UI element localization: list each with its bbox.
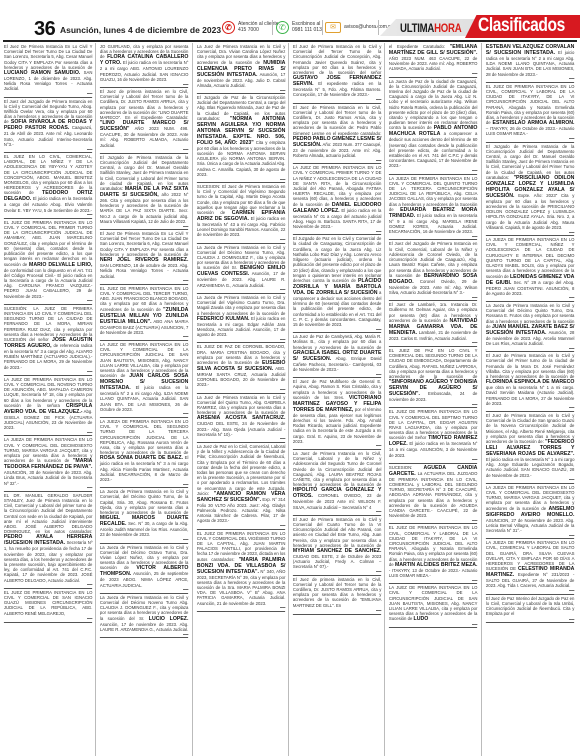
legal-notice: LA JUEZ DE PRIMERA INSTANCIA EN LO CIVIL… — [100, 341, 189, 418]
legal-notice: EL DR. MANUEL GERALDO SAFLDER STANLEY, J… — [4, 492, 93, 589]
page-number: 36 — [34, 18, 55, 41]
notice-text: por el término de sesenta días, para eje… — [293, 407, 382, 444]
legal-notice: La Jueza de Paz de la ciudad de Caaguazú… — [389, 78, 478, 175]
notice-text: el Expediente Caratulado: — [389, 44, 445, 49]
legal-notice: El Juez de Primera Instancia en lo Civil… — [486, 412, 575, 484]
legal-notice: El Juez de Paz Multifuero de General E. … — [293, 378, 382, 450]
contact-email-value: avisos@uhora.com.py — [344, 24, 394, 30]
notice-code: ▬▬ — [4, 92, 93, 95]
notice-code: ▬▬ — [486, 77, 575, 80]
notice-code: ▬▬ — [389, 169, 478, 172]
notice-code: ▬▬ — [486, 534, 575, 537]
notice-code: ▬▬ — [293, 373, 382, 376]
legal-notice: LA JUEZA DE PRIMERA INSTANCIA EN LO CIVI… — [486, 236, 575, 302]
notice-code: ▬▬ — [293, 609, 382, 612]
notice-code: ▬▬ — [197, 437, 286, 440]
legal-notice: El Juzgado de Paz de la Circunscripción … — [197, 94, 286, 183]
notice-text: EL JUEZ DE PRIMERA INSTANCIA EN LO CIVIL… — [389, 525, 478, 566]
notice-text: El juicio radica en la secretaría N° 1 a… — [486, 457, 575, 478]
legal-notice: LA JUEZA DE PRIMERA INSTANCIA EN LO CIVI… — [4, 436, 93, 491]
notice-code: ▬▬ — [389, 458, 478, 461]
notice-code: ▬▬ — [389, 579, 478, 582]
legal-notice: La Jueza de Primera Instancia en lo Civi… — [100, 594, 189, 638]
notice-code: ▬▬ — [4, 431, 93, 434]
notice-code: ▬▬ — [486, 347, 575, 350]
legal-notice: El Juez de Primera Instancia en lo Civil… — [486, 352, 575, 412]
notice-text: La ACTUARIA DEL JUZGADO DE PRIMERA INSTA… — [389, 471, 478, 518]
notice-code: ▬▬ — [4, 213, 93, 216]
classifieds-column: el Expediente Caratulado: "EMILIANA MART… — [388, 43, 481, 756]
legal-notice: El Juzgado de Primera Instancia de la Ci… — [486, 143, 575, 236]
section-title: Clasificados — [478, 15, 565, 37]
brand-hora: HORA — [434, 21, 461, 35]
legal-notice: EL JUEZ DE PRIMERA INSTANCIA EN LO CIVIL… — [4, 589, 93, 623]
legal-notice: LA JUEZA DE PRIMERA INSTANCIA EN LO CIVI… — [486, 539, 575, 594]
legal-notice: El Juzgado de Primera Instancia de la Ci… — [100, 154, 189, 230]
classifieds-columns: El Juez De Primera Instancia En Lo Civil… — [3, 43, 577, 756]
notice-text: El Juez de Primera Instancia en lo Civil… — [293, 105, 382, 136]
notice-code: ▬▬ — [486, 406, 575, 409]
email-icon: ✉ — [325, 22, 341, 33]
legal-notice: LA JUEZ DE PRIMERA INSTANCIA EN LO CIVIL… — [389, 584, 478, 628]
legal-notice: El Juez de Primera Instancia en lo Civil… — [293, 516, 382, 576]
contact-whatsapp-value: 0981 111 013 — [292, 27, 322, 33]
legal-notice: LA JUEZA DE PRIMERA INSTANCIA EN LO CIVI… — [389, 175, 478, 241]
notice-code: ▬▬ — [4, 617, 93, 620]
notice-text: La Juez de Paz de Cambyretá, Abg. María … — [293, 334, 382, 349]
legal-notice: EL JUEZ EN LO CIVIL, COMERCIAL, LABORAL,… — [4, 153, 93, 219]
notice-code: ▬▬ — [486, 589, 575, 592]
legal-notice: El Juez de Primera Instancia en lo Civil… — [293, 43, 382, 104]
classifieds-column: ESTEBAN VELAZQUEZ CORVALAN S/ SUCESION I… — [485, 43, 577, 756]
whatsapp-icon: ✆ — [276, 21, 289, 34]
notice-code: ▬▬ — [197, 238, 286, 241]
notice-text: El Juez de Primera Instancia en lo Civil… — [486, 353, 575, 379]
notice-code: ▬▬ — [197, 178, 286, 181]
notice-text: – ITAKYRY, 26 de Octubre de 2023.- Actua… — [486, 126, 575, 136]
notice-text: La Juez de Paz en lo Civil, Comercial, L… — [197, 444, 286, 496]
notice-code: ▬▬ — [100, 633, 189, 636]
notice-code: ▬▬ — [293, 570, 382, 573]
notice-code: ▬▬ — [100, 225, 189, 228]
notice-code: ▬▬ — [4, 486, 93, 489]
notice-code: ▬▬ — [293, 444, 382, 447]
notice-text: Cita y emplaza por 60 días a los hereder… — [197, 140, 286, 177]
notice-code: ▬▬ — [293, 159, 382, 162]
notice-text: LA JUEZA DE PRIMERA INSTANCIA EN LO CIVI… — [100, 419, 189, 455]
notice-code: ▬▬ — [4, 299, 93, 302]
legal-notice: El Juez del Juzgado de Primera Instancia… — [389, 240, 478, 301]
notice-code: ▬▬ — [197, 524, 286, 527]
legal-notice: LA JUEZA DE PRIMERA INSTANCIA EN LO CIVI… — [100, 418, 189, 488]
notice-code: ▬▬ — [100, 279, 189, 282]
legal-notice: EL JUEZ DE PRIMERA INSTANCIA EN LO CIVIL… — [4, 219, 93, 305]
notice-text: La Jueza de Primera Instancia en lo Civi… — [197, 295, 286, 316]
legal-notice: El Juez de Paz Interino del Juzgado de P… — [486, 595, 575, 624]
notice-code: ▬▬ — [486, 231, 575, 234]
classifieds-column: La Juez de Primera Instancia en lo Civil… — [196, 43, 289, 756]
legal-notice: La Juez de Paz en lo Civil, Comercial, L… — [197, 443, 286, 530]
notice-text: - ITAKYRY, 13 de Octubre de 2023.- Actua… — [389, 568, 478, 578]
notice-text: SAN LORENZO, 18 de octubre de 2023. Abg.… — [100, 263, 189, 278]
notice-text: La Jueza de Paz de la ciudad de Caaguazú… — [389, 79, 478, 131]
notice-text: ASUNCIÓN, 30 de Noviembre de 2023. Abg. … — [4, 470, 93, 485]
notice-code: ▬▬ — [100, 588, 189, 591]
notice-text: N° 340, AÑO 2023, SECRETARÍA N° 39, cita… — [197, 569, 286, 606]
legal-notice: El Juzgado de Paz en lo Civil y Comercia… — [293, 235, 382, 333]
legal-notice: EL JUEZ DE PRIMERA INSTANCIA EN LO CIVIL… — [100, 285, 189, 341]
notice-code: ▬▬ — [197, 338, 286, 341]
legal-notice: La Juez de Primera Instancia en lo Civil… — [293, 450, 382, 516]
legal-notice: La Jueza de Primera Instancia en lo Civi… — [100, 488, 189, 543]
legal-notice: La Juez de Primera Instancia en lo Civil… — [197, 43, 286, 94]
notice-code: ▬▬ — [4, 370, 93, 373]
notice-code: ▬▬ — [197, 606, 286, 609]
legal-notice: LA JUEZ DE PRIMERA INSTANCIA EN LO CIVIL… — [4, 376, 93, 437]
notice-code: ▬▬ — [389, 403, 478, 406]
notice-code: ▬▬ — [197, 288, 286, 291]
legal-notice: LA JUEZA DE PRIMERA INSTANCIA EN LO CIVI… — [486, 484, 575, 539]
legal-notice: EL JUEZ DE PRIMERA INSTANCIA EN LO CIVIL… — [197, 530, 286, 612]
header-divider — [272, 20, 273, 35]
notice-text: Secretaría Nº 1, ha resuelto por provide… — [4, 540, 93, 582]
contact-whatsapp[interactable]: ✆ Escribinos al0981 111 013 — [276, 17, 322, 37]
notice-code: ▬▬ — [389, 519, 478, 522]
notice-code: ▬▬ — [100, 83, 189, 86]
notice-text: que obra en la secretaría N° 1 a mi carg… — [486, 385, 575, 406]
notice-text: LA JUEZA DE PRIMERA INSTANCIA EN LO CIVI… — [486, 237, 575, 278]
notice-code: ▬▬ — [389, 341, 478, 344]
legal-notice: EL JUEZ DE PAZ EN LO CIVIL Y COMERCIAL D… — [389, 347, 478, 408]
legal-notice: El Juez De Primera Instancia En Lo Civil… — [4, 43, 93, 98]
notice-text: EL JUEZ DE PRIMERA INSTANCIA EN LO CIVIL… — [486, 84, 575, 125]
notice-text: El Juez De Primera Instancia En Lo Civil… — [4, 44, 93, 70]
notice-text: a comparecer a deducir sus acciones dent… — [389, 131, 478, 168]
legal-notice: El Juez del Juzgado de Primera Instancia… — [4, 98, 93, 153]
notice-code: ▬▬ — [4, 583, 93, 586]
classifieds-column: JO GUIRLAND, cita y emplaza por sesenta … — [99, 43, 192, 756]
page-date: Asunción, lunes 4 de diciembre de 2023 — [60, 25, 221, 35]
notice-code: ▬▬ — [100, 538, 189, 541]
notice-text: La Juez de Primera Instancia en lo Civil… — [293, 451, 382, 487]
legal-notice: La Jueza de Primera Instancia en lo Civi… — [197, 294, 286, 343]
notice-code: ▬▬ — [389, 296, 478, 299]
legal-notice: El Juez De Primera Instancia En Lo Civil… — [100, 230, 189, 285]
legal-notice: EL JUEZ DE PRIMERA INSTANCIA EN LO CIVIL… — [389, 524, 478, 584]
notice-text: Expte. Año: 2023" Cita y emplaza por 60 … — [486, 193, 575, 230]
notice-code: ▬▬ — [293, 98, 382, 101]
legal-notice: La Juez de Primera Instancia en lo Civil… — [197, 394, 286, 443]
notice-text: El Juez de Primera Instancia en lo Civil… — [293, 517, 382, 548]
notice-text: EL JUEZ DE PRIMERA INSTANCIA EN LO CIVIL… — [4, 590, 93, 616]
legal-notice: el Expediente Caratulado: "EMILIANA MART… — [389, 43, 478, 78]
notice-code: ▬▬ — [486, 296, 575, 299]
brand-ultima: ULTIMA — [400, 21, 434, 35]
notice-code: ▬▬ — [100, 335, 189, 338]
legal-notice: El Juez de primera instancia en lo Civil… — [293, 576, 382, 615]
legal-notice: La Jueza de Primera Instancia en lo Civi… — [486, 302, 575, 352]
legal-notice: La Jueza de Primera Instancia en lo Civi… — [100, 544, 189, 594]
notice-text: El Juez De Primera Instancia En Lo Civil… — [100, 231, 189, 257]
notice-text: AÑO 2023 NUM. 463 CAACUPE, 22 de Noviemb… — [389, 56, 478, 71]
notice-text: de conformidad con lo dispuesto en el Ar… — [4, 268, 93, 299]
legal-notice: LA JUEZ DE PRIMERA INSTANCIA EN LO CIVIL… — [293, 164, 382, 235]
contact-phone-value: 415 7000 — [238, 27, 259, 33]
notice-text: La Juez de Primera Instancia en lo Civil… — [197, 395, 286, 416]
legal-notice: La Juez de Paz de Cambyretá, Abg. María … — [293, 333, 382, 378]
notice-code: ▬▬ — [197, 89, 286, 92]
notice-text: El Juzgado de Paz en lo Civil y Comercia… — [293, 236, 382, 283]
notice-code: ▬▬ — [100, 148, 189, 151]
notice-text: Asunción, 17 de noviembre de 2023. Abg. … — [100, 622, 189, 632]
notice-code: ▬▬ — [486, 618, 575, 621]
notice-text: EL JUEZ EN LO CIVIL, COMERCIAL, LABORAL,… — [4, 154, 93, 195]
legal-notice: La Jueza de Primera Instancia en lo Civi… — [197, 244, 286, 294]
notice-text: EL DR. MANUEL GERALDO SAFLDER STANLEY, J… — [4, 493, 93, 534]
notice-code: ▬▬ — [293, 230, 382, 233]
notice-text: El Juez de Primera Instancia en lo Civil… — [293, 44, 382, 75]
classifieds-column: El Juez De Primera Instancia En Lo Civil… — [3, 43, 96, 756]
notice-text: a comparecer a deducir sus acciones dent… — [293, 290, 382, 327]
notice-code: ▬▬ — [486, 478, 575, 481]
notice-text: El Juez de primera instancia en lo Civil… — [100, 89, 189, 120]
notice-text: LA JUEZ DE PRIMERA INSTANCIA EN LO CIVIL… — [293, 165, 382, 206]
legal-notice: El Juez de Lambaré, 1ra. Instancia Dr. G… — [389, 301, 478, 347]
notice-deceased-name: LUDO — [414, 616, 429, 622]
notice-code: ▬▬ — [293, 328, 382, 331]
header-rule — [3, 40, 577, 42]
phone-icon: ✆ — [222, 21, 235, 34]
legal-notice: ESTEBAN VELAZQUEZ CORVALAN S/ SUCESION I… — [486, 43, 575, 83]
notice-code: ▬▬ — [197, 388, 286, 391]
notice-text: El Juez de primera instancia en lo Civil… — [293, 577, 382, 608]
legal-notice: JO GUIRLAND, cita y emplaza por sesenta … — [100, 43, 189, 88]
legal-notice: EL JUEZ DE PRIMERA INSTANCIA EN LO CIVIL… — [486, 83, 575, 143]
notice-text: CIUDAD DEL ESTE, 24 de Noviembre de 2023… — [197, 421, 286, 436]
notice-code: ▬▬ — [100, 483, 189, 486]
legal-notice: EL JUEZ DE PAZ DE CORONEL BOGADO, DRA. M… — [197, 343, 286, 393]
legal-notice: EL JUEZ DE PRIMERA INSTANCIA EN LO CIVIL… — [389, 408, 478, 463]
notice-text: El Juez de Paz Interino del Juzgado de P… — [486, 596, 575, 617]
brand-logo: ULTIMAHORA — [400, 21, 461, 35]
notice-text: SUCESION: — [389, 465, 412, 470]
legal-notice: SUCESION: El Juez de Primera Instancia e… — [197, 183, 286, 244]
notice-code: ▬▬ — [4, 148, 93, 151]
notice-code: ▬▬ — [389, 235, 478, 238]
page-header: 36 Asunción, lunes 4 de diciembre de 202… — [0, 0, 580, 40]
legal-notice: SUCESIÓN: LA JUEZ DE PRIMERA INSTANCIA E… — [4, 305, 93, 376]
notice-code: ▬▬ — [389, 72, 478, 75]
legal-notice: SUCESION: AGUEDA CANDIA GARCETE. La ACTU… — [389, 464, 478, 525]
notice-text: LA JUEZ DE PRIMERA INSTANCIA EN LO CIVIL… — [389, 585, 478, 621]
classifieds-column: El Juez de Primera Instancia en lo Civil… — [292, 43, 385, 756]
notice-text: EL JUEZ DE PRIMERA INSTANCIA EN LO CIVIL… — [4, 220, 93, 267]
legal-notice: El Juez de Primera Instancia en lo Civil… — [293, 104, 382, 165]
header-divider — [322, 20, 323, 35]
notice-code: ▬▬ — [486, 137, 575, 140]
notice-text: EL JUEZ DE PAZ EN LO CIVIL Y COMERCIAL D… — [389, 348, 478, 379]
notice-code: ▬▬ — [100, 412, 189, 415]
notice-text: La Jueza de Primera Instancia en lo Civi… — [100, 489, 189, 515]
notice-text: ASUNCION, 27 de Noviembre de 2023. Abg. … — [486, 518, 575, 533]
header-divider — [378, 20, 379, 35]
notice-text: CIUDAD DEL ESTE, 2 de Octubre de 2023 (A… — [293, 554, 382, 569]
notice-code: ▬▬ — [389, 623, 478, 626]
notice-code: ▬▬ — [293, 510, 382, 513]
legal-notice: El Juez de primera instancia en lo Civil… — [100, 88, 189, 154]
